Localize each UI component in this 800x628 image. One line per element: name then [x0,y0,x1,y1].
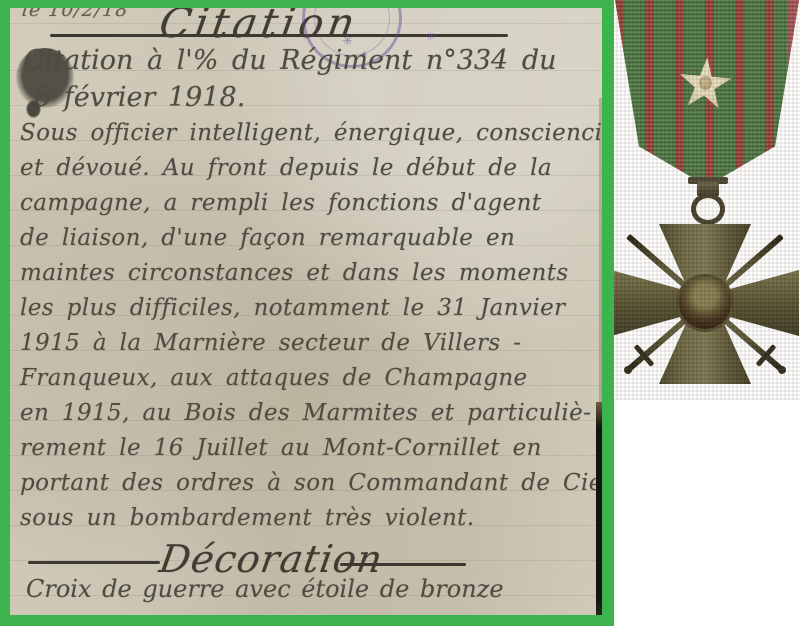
cross-center-medallion [679,277,731,329]
decoration-award-line: Croix de guerre avec étoile de bronze [26,575,504,603]
citation-header-line2: 6 février 1918. [34,82,245,113]
citation-body-line: en 1915, au Bois des Marmites et particu… [20,396,602,431]
citation-body-line: sous un bombardement très violent. [20,501,602,536]
citation-body: Sous officier intelligent, énergique, co… [20,116,602,536]
citation-body-line: campagne, a rempli les fonctions d'agent [20,186,602,221]
citation-body-line: rement le 16 Juillet au Mont-Cornillet e… [20,431,602,466]
citation-document-paper: le 10/2/18 Citation ✳ ✦ ✳ Citation à l'%… [10,8,602,615]
cross-with-swords-icon [611,224,799,384]
document-green-frame: le 10/2/18 Citation ✳ ✦ ✳ Citation à l'%… [0,0,614,626]
citation-body-line: 1915 à la Marnière secteur de Villers - [20,326,602,361]
citation-header-line1: Citation à l'% du Régiment n°334 du [24,45,557,76]
decoration-rule-left [28,561,160,564]
date-corner-note: le 10/2/18 [21,8,130,21]
citation-body-line: portant des ordres à son Commandant de C… [20,466,602,501]
bronze-star-center [699,76,712,90]
citation-body-line: Franqueux, aux attaques de Champagne [20,361,602,396]
citation-body-line: et dévoué. Au front depuis le début de l… [20,151,602,186]
citation-body-line: Sous officier intelligent, énergique, co… [20,116,602,151]
citation-body-line: de liaison, d'une façon remarquable en [20,221,602,256]
decoration-rule-right [340,563,466,566]
stamp-ink-mark: ✳ [426,30,435,43]
sword-pommel [778,366,786,374]
paper-edge-highlight [599,98,602,408]
citation-body-line: maintes circonstances et dans les moment… [20,256,602,291]
paper-edge-shadow [596,402,602,615]
citation-body-line: les plus difficiles, notamment le 31 Jan… [20,291,602,326]
sword-pommel [624,366,632,374]
suspension-ring [691,193,725,225]
